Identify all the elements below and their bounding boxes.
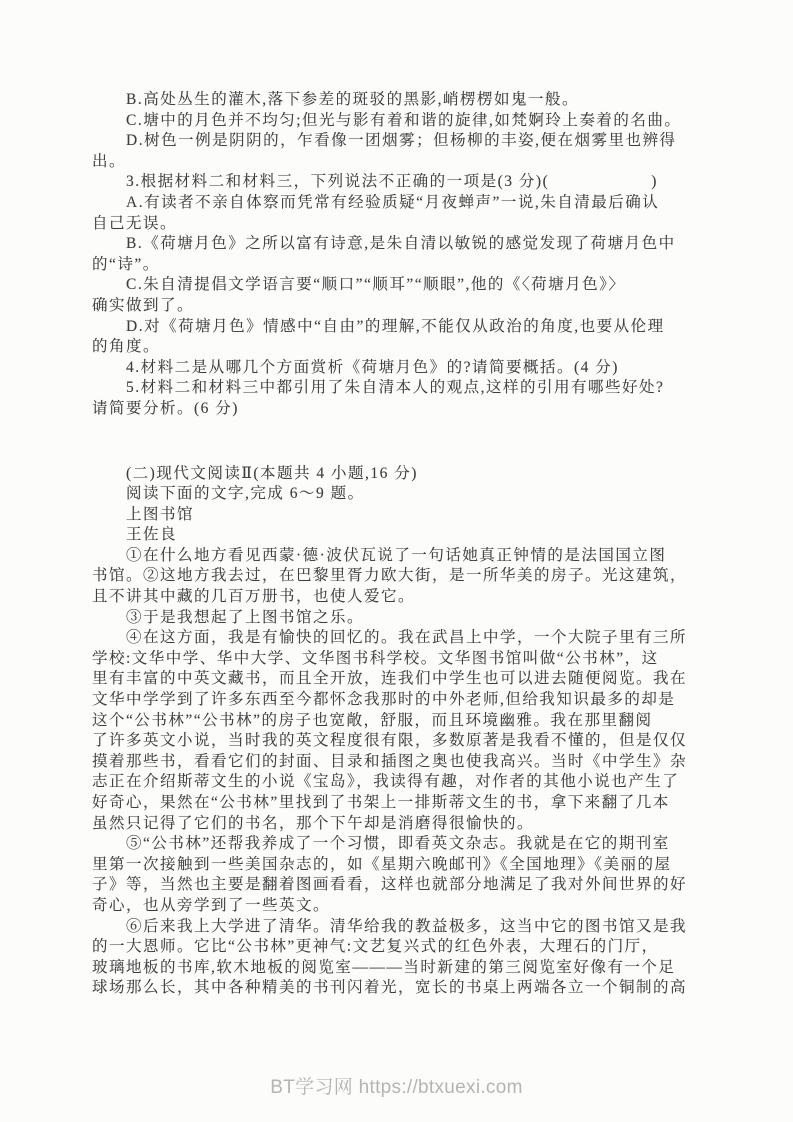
- text-line: D.树色一例是阴阴的，乍看像一团烟雾；但杨柳的丰姿,便在烟雾里也辨得: [92, 131, 732, 152]
- text-line: ⑤“公书林”还帮我养成了一个习惯，即看英文杂志。我就是在它的期刊室: [92, 834, 732, 855]
- text-line: 阅读下面的文字,完成 6～9 题。: [92, 484, 732, 505]
- text-line: 子》等，当然也主要是翻着图画看看，这样也就部分地满足了我对外间世界的好: [92, 875, 732, 896]
- text-line: 自己无误。: [92, 214, 732, 235]
- text-line: ③于是我想起了上图书馆之乐。: [92, 608, 732, 629]
- text-line: 书馆。②这地方我去过，在巴黎里胥力欧大街，是一所华美的房子。光这建筑，: [92, 566, 732, 587]
- watermark: BT学习网 https://btxuexi.com: [0, 1072, 793, 1099]
- text-line: 的一大恩师。它比“公书林”更神气:文艺复兴式的红色外表，大理石的门厅，: [92, 937, 732, 958]
- text-line: 的“诗”。: [92, 255, 732, 276]
- text-line: 3.根据材料二和材料三，下列说法不正确的一项是(3 分)( ): [92, 172, 732, 193]
- text-line: B.《荷塘月色》之所以富有诗意,是朱自清以敏锐的感觉发现了荷塘月色中: [92, 234, 732, 255]
- text-line: 4.材料二是从哪几个方面赏析《荷塘月色》的?请简要概括。(4 分): [92, 358, 732, 379]
- text-line: 5.材料二和材料三中都引用了朱自清本人的观点,这样的引用有哪些好处?: [92, 378, 732, 399]
- text-line: 且不讲其中藏的几百万册书，也使人爱它。: [92, 587, 732, 608]
- text-line: 的角度。: [92, 337, 732, 358]
- text-line: 里有丰富的中英文藏书，而且全开放，连我们中学生也可以进去随便阅览。我在: [92, 669, 732, 690]
- text-line: 里第一次接触到一些美国杂志的，如《星期六晚邮刊》《全国地理》《美丽的屋: [92, 855, 732, 876]
- text-line: C.朱自清提倡文学语言要“顺口”“顺耳”“顺眼”,他的《〈荷塘月色》〉: [92, 275, 732, 296]
- text-line: 志正在介绍斯蒂文生的小说《宝岛》，我读得有趣，对作者的其他小说也产生了: [92, 772, 732, 793]
- watermark-text: BT学习网 https://btxuexi.com: [270, 1077, 522, 1098]
- text-line: 玻璃地板的书库,软木地板的阅览室———当时新建的第三阅览室好像有一个足: [92, 958, 732, 979]
- text-line: 文华中学学到了许多东西至今都怀念我那时的中外老师,但给我知识最多的却是: [92, 690, 732, 711]
- text-line: 上图书馆: [92, 505, 732, 526]
- text-line: (二)现代文阅读Ⅱ(本题共 4 小题,16 分): [92, 464, 732, 485]
- text-line: ①在什么地方看见西蒙·德·波伏瓦说了一句话她真正钟情的是法国国立图: [92, 546, 732, 567]
- text-line: 学校:文华中学、华中大学、文华图书科学校。文华图书馆叫做“公书林”，这: [92, 649, 732, 670]
- text-line: ④在这方面，我是有愉快的回忆的。我在武昌上中学，一个大院子里有三所: [92, 628, 732, 649]
- text-line: ⑥后来我上大学进了清华。清华给我的教益极多，这当中它的图书馆又是我: [92, 917, 732, 938]
- text-line: 这个“公书林”“公书林”的房子也宽敞，舒服，而且环境幽雅。我在那里翻阅: [92, 711, 732, 732]
- text-line: A.有读者不亲自体察而凭常有经验质疑“月夜蝉声”一说,朱自清最后确认: [92, 193, 732, 214]
- text-line: 好奇心，果然在“公书林”里找到了书架上一排斯蒂文生的书，拿下来翻了几本: [92, 793, 732, 814]
- text-line: 摸着那些书，看看它们的封面、目录和插图之奥也使我高兴。当时《中学生》杂: [92, 752, 732, 773]
- text-line: 出。: [92, 152, 732, 173]
- text-line: C.塘中的月色并不均匀;但光与影有着和谐的旋律,如梵婀玲上奏着的名曲。: [92, 111, 732, 132]
- questions-section: B.高处丛生的灌木,落下参差的斑驳的黑影,峭楞楞如鬼一般。 C.塘中的月色并不均…: [92, 90, 732, 420]
- text-line: 球场那么长，其中各种精美的书刊闪着光，宽长的书桌上两端各立一个铜制的高: [92, 978, 732, 999]
- reading-ii-section: (二)现代文阅读Ⅱ(本题共 4 小题,16 分) 阅读下面的文字,完成 6～9 …: [92, 464, 732, 999]
- text-line: D.对《荷塘月色》情感中“自由”的理解,不能仅从政治的角度,也要从伦理: [92, 317, 732, 338]
- text-line: 了许多英文小说，当时我的英文程度很有限，多数原著是我看不懂的，但是仅仅: [92, 731, 732, 752]
- text-line: 请简要分析。(6 分): [92, 399, 732, 420]
- exam-document-body: B.高处丛生的灌木,落下参差的斑驳的黑影,峭楞楞如鬼一般。 C.塘中的月色并不均…: [92, 90, 732, 999]
- text-line: 虽然只记得了它们的书名，那个下午却是消磨得很愉快的。: [92, 814, 732, 835]
- text-line: 奇心，也从旁学到了一些英文。: [92, 896, 732, 917]
- text-line: B.高处丛生的灌木,落下参差的斑驳的黑影,峭楞楞如鬼一般。: [92, 90, 732, 111]
- text-line: 王佐良: [92, 525, 732, 546]
- text-line: 确实做到了。: [92, 296, 732, 317]
